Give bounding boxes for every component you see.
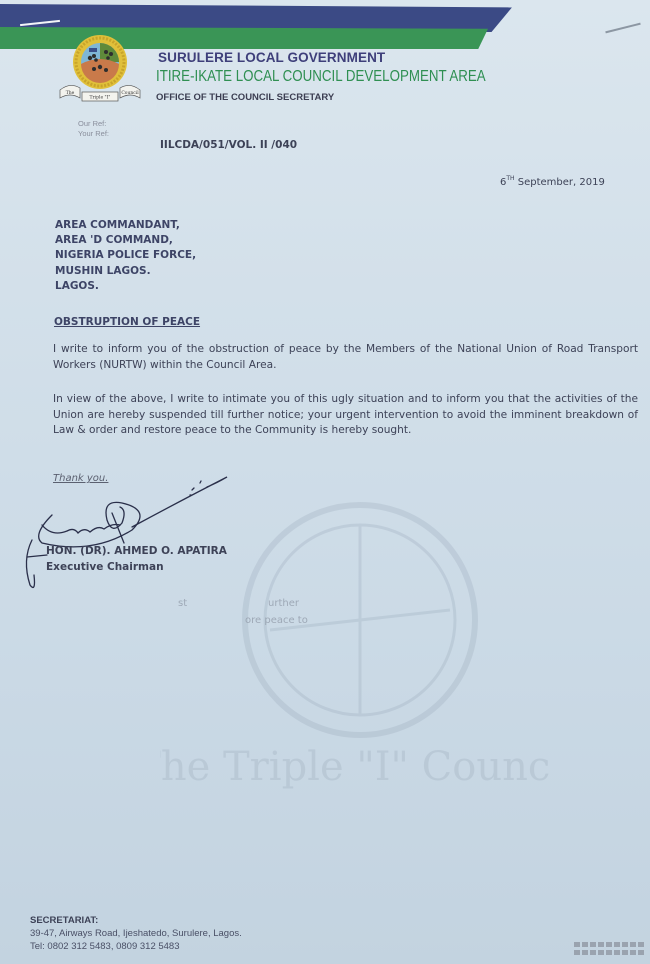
your-ref-label: Your Ref:: [78, 129, 109, 139]
body-paragraph-2: In view of the above, I write to intimat…: [53, 392, 638, 439]
addressee-line: MUSHIN LAGOS.: [55, 264, 196, 279]
footer-phone: Tel: 0802 312 5483, 0809 312 5483: [30, 940, 242, 953]
reference-number: IILCDA/051/VOL. II /040: [160, 139, 297, 151]
bleed-through-text: ore peace to: [245, 615, 308, 626]
svg-text:Council: Council: [121, 90, 139, 96]
staple-mark: [605, 23, 640, 34]
addressee-line: AREA 'D COMMAND,: [55, 233, 196, 248]
footer-block: SECRETARIAT: 39-47, Airways Road, Ijesha…: [30, 914, 242, 953]
signer-name: HON. (DR). AHMED O. APATIRA: [46, 543, 227, 559]
addressee-block: AREA COMMANDANT, AREA 'D COMMAND, NIGERI…: [55, 218, 196, 294]
social-handle-line: [574, 950, 646, 955]
org-name-line2: ITIRE-IKATE LOCAL COUNCIL DEVELOPMENT AR…: [156, 68, 486, 86]
our-ref-label: Our Ref:: [78, 119, 109, 129]
footer-label: SECRETARIAT:: [30, 914, 242, 927]
letter-page: The Triple "I" Council SURULERE LOCAL GO…: [0, 0, 650, 964]
letter-subject: OBSTRUPTION OF PEACE: [54, 316, 200, 328]
addressee-line: NIGERIA POLICE FORCE,: [55, 248, 196, 263]
signer-title: Executive Chairman: [46, 559, 227, 575]
addressee-line: AREA COMMANDANT,: [55, 218, 196, 233]
letter-date: 6TH September, 2019: [500, 175, 605, 188]
footer-address: 39-47, Airways Road, Ijeshatedo, Suruler…: [30, 927, 242, 940]
social-handle-line: [574, 942, 646, 947]
svg-text:Triple "I": Triple "I": [90, 95, 111, 101]
svg-text:The Triple "I" Council: The Triple "I" Council: [160, 744, 550, 790]
council-seal-logo-icon: The Triple "I" Council: [56, 34, 144, 104]
org-name-line1: SURULERE LOCAL GOVERNMENT: [158, 50, 385, 65]
office-name: OFFICE OF THE COUNCIL SECRETARY: [156, 92, 334, 103]
reference-labels: Our Ref: Your Ref:: [78, 119, 109, 139]
body-paragraph-1: I write to inform you of the obstruction…: [53, 342, 638, 373]
bleed-through-text: urther: [268, 598, 299, 609]
signer-block: HON. (DR). AHMED O. APATIRA Executive Ch…: [46, 543, 227, 575]
svg-text:The: The: [66, 90, 75, 96]
footer-social-handles: [574, 942, 650, 958]
addressee-line: LAGOS.: [55, 279, 196, 294]
bleed-through-text: st: [178, 598, 187, 609]
